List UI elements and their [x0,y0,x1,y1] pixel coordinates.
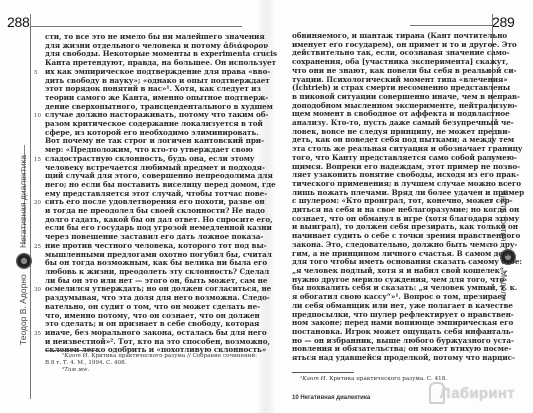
line-number: 30 [34,287,41,293]
line-number: 20 [34,200,41,206]
right-body-text: обвиняемого, и шантаж тирана (Кант почти… [292,32,482,363]
text-line: яться над удавшейся проделкой, потому чт… [292,354,482,363]
line-number: 5 [486,69,490,75]
footnote-right-1: ¹Кант И. Критика практического разума. С… [300,376,447,383]
footnote-text: В 8 т. Т. 4. М., 1994. С. 408. [45,360,126,366]
chapter-footer: 10 Негативная диалектика [292,395,370,401]
line-number: 15 [34,157,41,163]
footnote-rule-left [45,350,97,351]
line-number: 10 [34,113,41,119]
line-number: 30 [486,286,493,292]
line-number: 5 [34,70,38,76]
page-number-left: 288 [7,14,29,30]
line-number: 20 [486,199,493,205]
line-number: 15 [486,156,493,162]
publisher-logo-icon [16,253,32,269]
margin-rule-left [30,14,31,399]
header-rule-right [410,25,492,26]
left-body-text: сти, то все это не имело бы ни малейшего… [45,33,242,355]
page-number-right: 289 [492,14,514,30]
spine-author-left: Теодор В. Адорно [18,274,28,345]
footnote-text: Там же. [64,367,89,373]
footnote-text: Критика практического разума // Собрание… [89,353,257,359]
spine-title-left: Негативная диалектика [18,155,28,248]
line-number: 35 [486,330,493,336]
line-number: 25 [486,243,493,249]
line-number: 10 [486,112,493,118]
line-number: 35 [34,331,41,337]
header-rule-left [30,26,242,27]
footnote-text: Критика практического разума. С. 418. [327,376,447,382]
footnote-rule-right [292,372,354,373]
footnote-author: Кант И. [64,353,89,359]
watermark: Лабиринт [440,385,515,402]
line-number: 25 [34,244,41,250]
footnote-author: Кант И. [302,376,327,382]
footnote-left-2: ²Там же. [62,367,89,374]
